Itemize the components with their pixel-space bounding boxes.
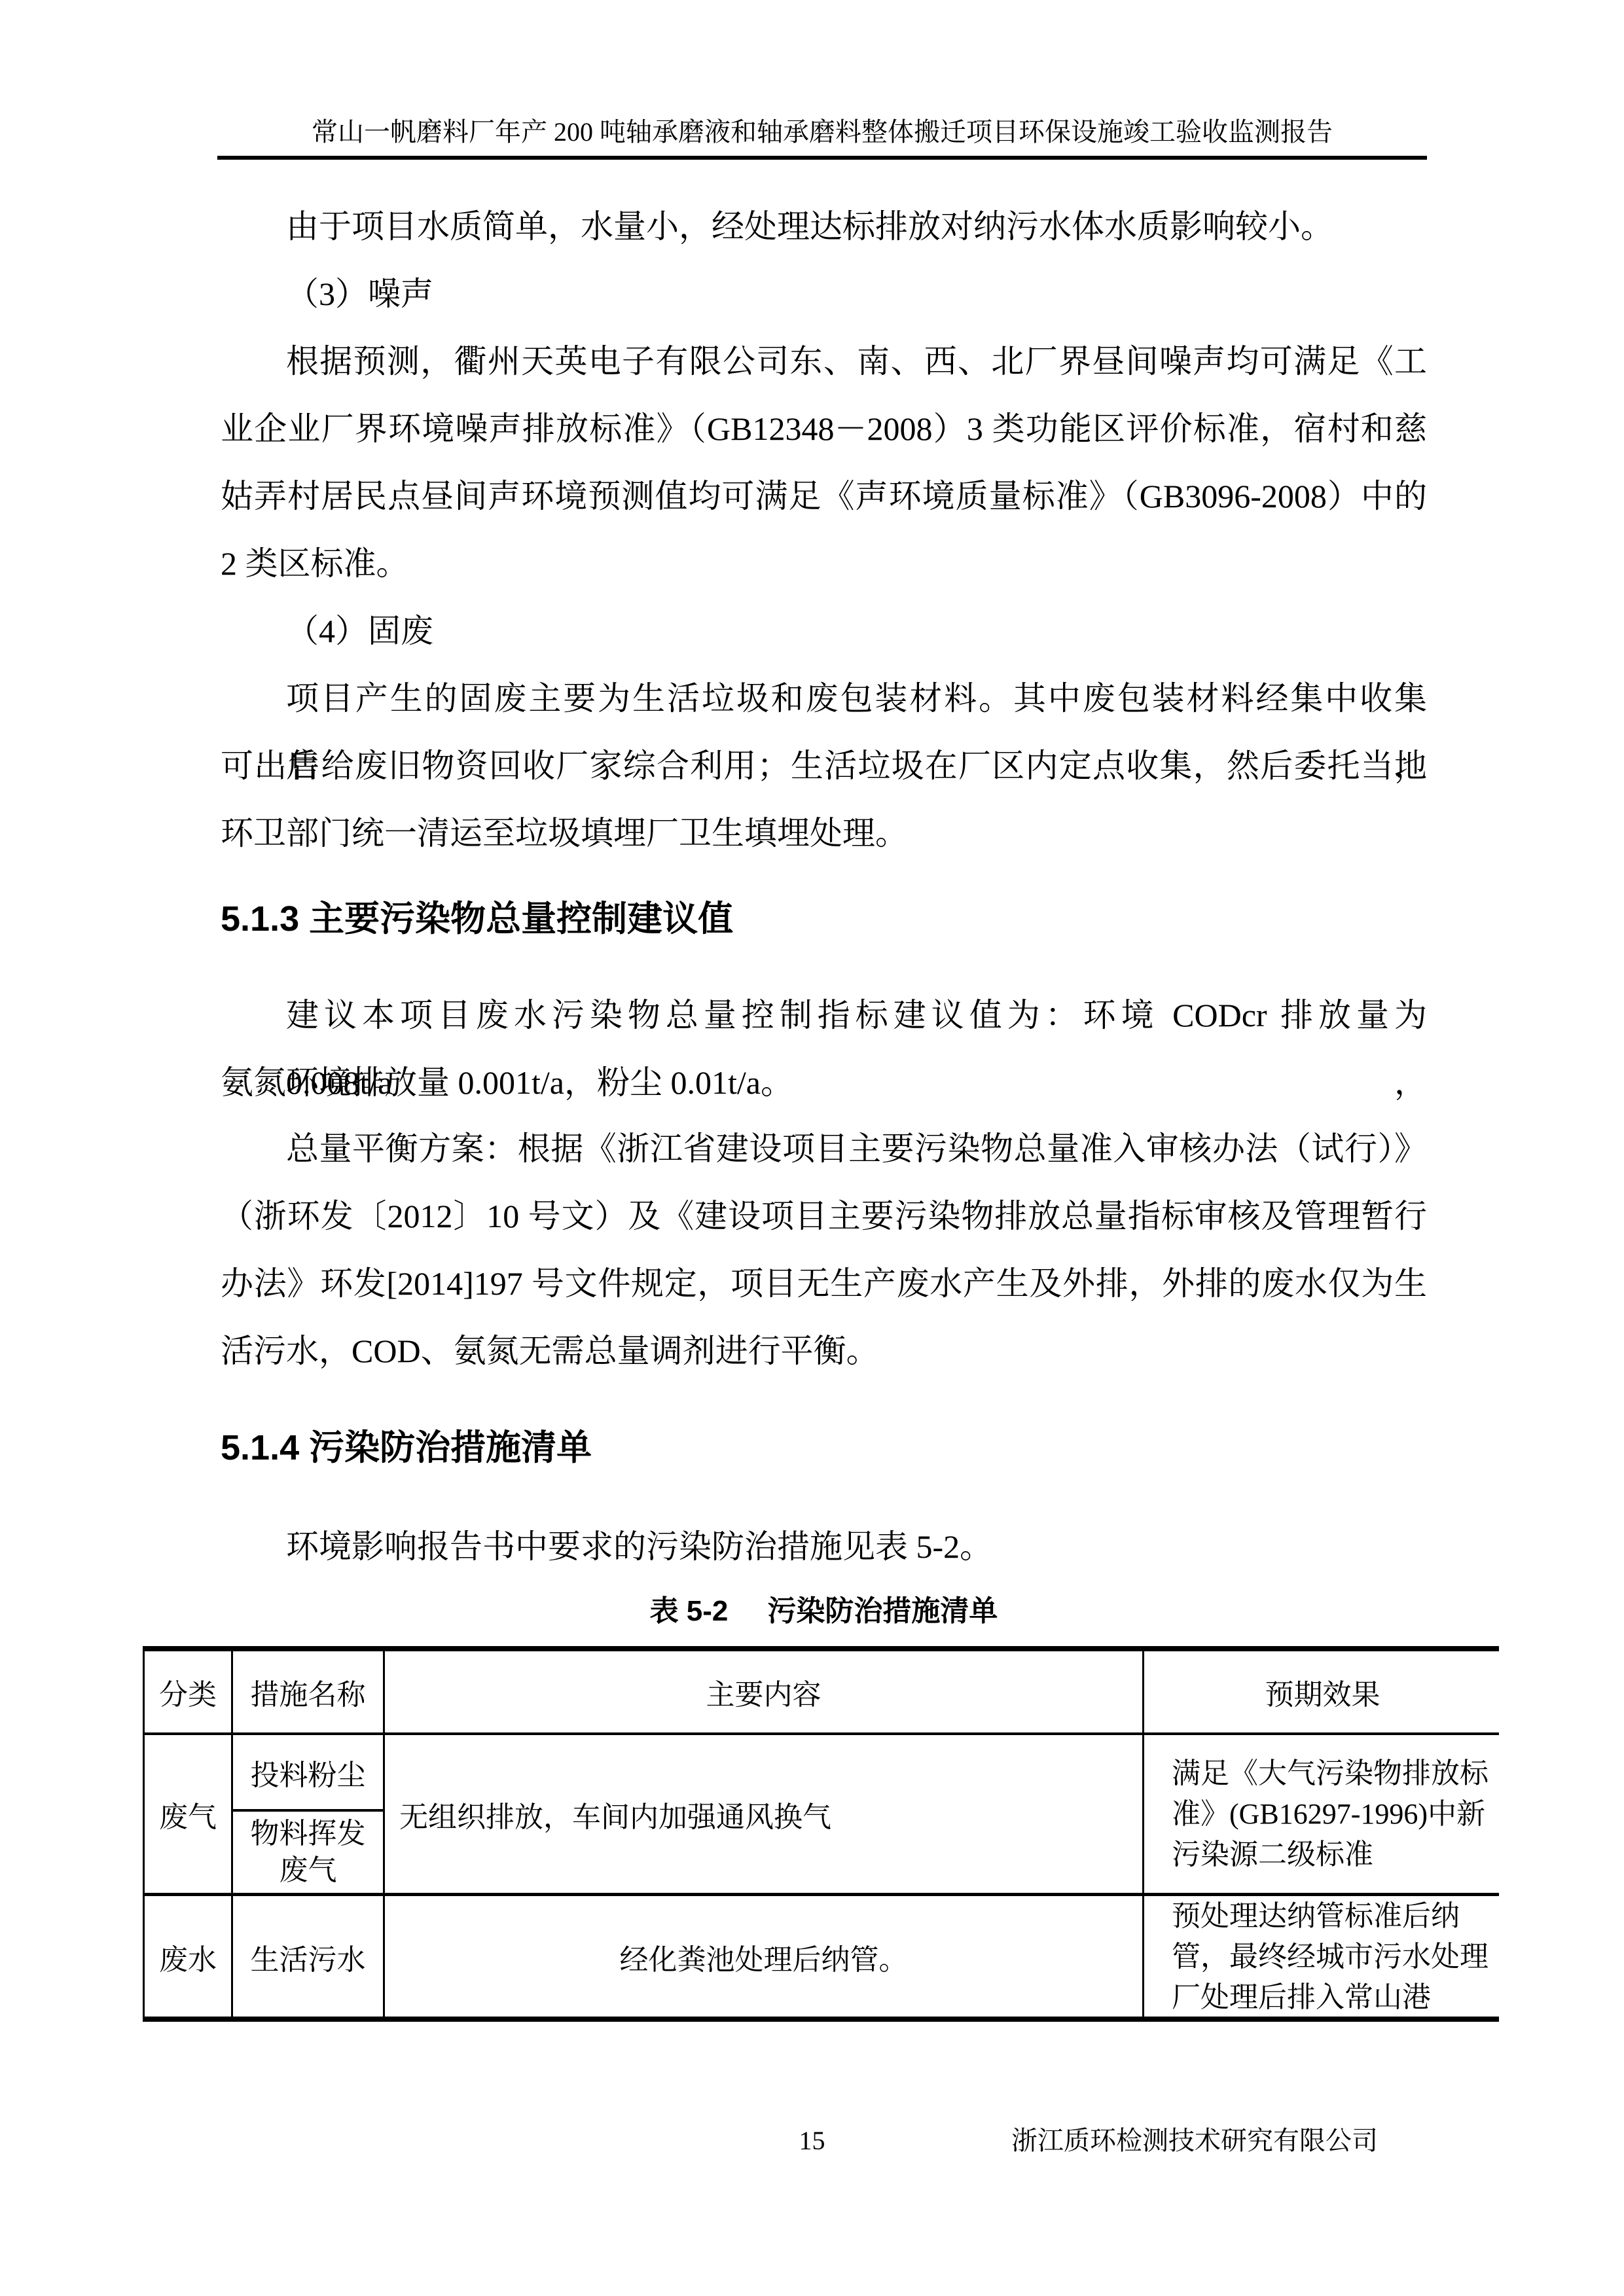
body-line: （浙环发〔2012〕10 号文）及《建设项目主要污染物排放总量指标审核及管理暂行 — [221, 1183, 1427, 1250]
cell-effect-gas: 满足《大气污染物排放标 准》(GB16297-1996)中新 污染源二级标准 — [1144, 1735, 1501, 1893]
page-number: 15 — [0, 2123, 1624, 2159]
cell-measure-sewage: 生活污水 — [233, 1896, 385, 2018]
table-header-content: 主要内容 — [385, 1651, 1144, 1732]
body-line: 活污水，COD、氨氮无需总量调剂进行平衡。 — [221, 1318, 1427, 1385]
body-line: 2 类区标准。 — [221, 530, 1427, 598]
cell-category-water: 废水 — [145, 1896, 233, 2018]
body-line: 姑弄村居民点昼间声环境预测值均可满足《声环境质量标准》（GB3096-2008）… — [221, 463, 1427, 530]
cell-measure-dust: 投料粉尘 — [233, 1735, 383, 1812]
table-header-measure: 措施名称 — [233, 1651, 385, 1732]
cell-effect-water-line: 管，最终经城市污水处理 — [1172, 1937, 1492, 1977]
cell-measure-volatile-line: 废气 — [280, 1852, 337, 1889]
cell-effect-water: 预处理达纳管标准后纳 管，最终经城市污水处理 厂处理后排入常山港 — [1144, 1896, 1501, 2018]
table-row-waste-gas: 废气 投料粉尘 物料挥发 废气 无组织排放，车间内加强通风换气 满足《大气污染物… — [145, 1735, 1499, 1896]
cell-effect-gas-line: 污染源二级标准 — [1172, 1835, 1492, 1875]
section-heading-513: 5.1.3 主要污染物总量控制建议值 — [221, 898, 733, 940]
cell-effect-water-line: 厂处理后排入常山港 — [1172, 1977, 1492, 2018]
paragraphs-block-4: 环境影响报告书中要求的污染防治措施见表 5-2。 — [221, 1513, 1427, 1581]
paragraphs-block-3: 总量平衡方案：根据《浙江省建设项目主要污染物总量准入审核办法（试行）》 （浙环发… — [221, 1115, 1427, 1385]
report-page: 常山一帆磨料厂年产 200 吨轴承磨液和轴承磨料整体搬迁项目环保设施竣工验收监测… — [0, 0, 1624, 2296]
body-line: 环境影响报告书中要求的污染防治措施见表 5-2。 — [221, 1513, 1427, 1581]
section-heading-514: 5.1.4 污染防治措施清单 — [221, 1427, 592, 1469]
body-line: 项目产生的固废主要为生活垃圾和废包装材料。其中废包装材料经集中收集后， — [221, 665, 1427, 732]
table-header-row: 分类 措施名称 主要内容 预期效果 — [145, 1651, 1499, 1735]
body-line: （4）固废 — [221, 598, 1427, 665]
table-caption: 表 5-2污染防治措施清单 — [221, 1594, 1427, 1628]
table-row-waste-water: 废水 生活污水 经化粪池处理后纳管。 预处理达纳管标准后纳 管，最终经城市污水处… — [145, 1896, 1499, 2017]
cell-measure-volatile: 物料挥发 废气 — [233, 1812, 383, 1893]
paragraphs-block-1: 由于项目水质简单，水量小，经处理达标排放对纳污水体水质影响较小。 （3）噪声 根… — [221, 193, 1427, 867]
cell-content-gas: 无组织排放，车间内加强通风换气 — [385, 1735, 1144, 1893]
paragraphs-block-2: 建议本项目废水污染物总量控制指标建议值为：环境 CODcr 排放量为 0.008… — [221, 982, 1427, 1117]
cell-measures-gas: 投料粉尘 物料挥发 废气 — [233, 1735, 385, 1893]
body-line: 环卫部门统一清运至垃圾填埋厂卫生填埋处理。 — [221, 800, 1427, 867]
body-line: 建议本项目废水污染物总量控制指标建议值为：环境 CODcr 排放量为 0.008… — [221, 982, 1427, 1049]
cell-measure-volatile-line: 物料挥发 — [251, 1816, 366, 1852]
body-line: 业企业厂界环境噪声排放标准》（GB12348－2008）3 类功能区评价标准，宿… — [221, 395, 1427, 463]
cell-content-water: 经化粪池处理后纳管。 — [385, 1896, 1144, 2018]
footer-company-name: 浙江质环检测技术研究有限公司 — [1011, 2123, 1378, 2159]
cell-effect-gas-line: 准》(GB16297-1996)中新 — [1172, 1794, 1492, 1835]
table-header-effect: 预期效果 — [1144, 1651, 1501, 1732]
body-line: 办法》环发[2014]197 号文件规定，项目无生产废水产生及外排，外排的废水仅… — [221, 1250, 1427, 1318]
body-line: 可出售给废旧物资回收厂家综合利用；生活垃圾在厂区内定点收集，然后委托当地 — [221, 732, 1427, 800]
body-line: 根据预测，衢州天英电子有限公司东、南、西、北厂界昼间噪声均可满足《工 — [221, 328, 1427, 395]
pollution-measures-table: 分类 措施名称 主要内容 预期效果 废气 投料粉尘 物料挥发 废气 无组织排放，… — [143, 1646, 1499, 2022]
table-caption-label: 表 5-2 — [650, 1595, 729, 1627]
table-caption-title: 污染防治措施清单 — [767, 1595, 998, 1627]
body-line: 由于项目水质简单，水量小，经处理达标排放对纳污水体水质影响较小。 — [221, 193, 1427, 260]
cell-effect-water-line: 预处理达纳管标准后纳 — [1172, 1896, 1492, 1937]
cell-effect-gas-line: 满足《大气污染物排放标 — [1172, 1753, 1492, 1794]
table-header-category: 分类 — [145, 1651, 233, 1732]
page-header-title: 常山一帆磨料厂年产 200 吨轴承磨液和轴承磨料整体搬迁项目环保设施竣工验收监测… — [217, 115, 1427, 149]
body-line: （3）噪声 — [221, 260, 1427, 328]
body-line: 总量平衡方案：根据《浙江省建设项目主要污染物总量准入审核办法（试行）》 — [221, 1115, 1427, 1183]
header-rule — [217, 156, 1427, 160]
cell-category-gas: 废气 — [145, 1735, 233, 1893]
